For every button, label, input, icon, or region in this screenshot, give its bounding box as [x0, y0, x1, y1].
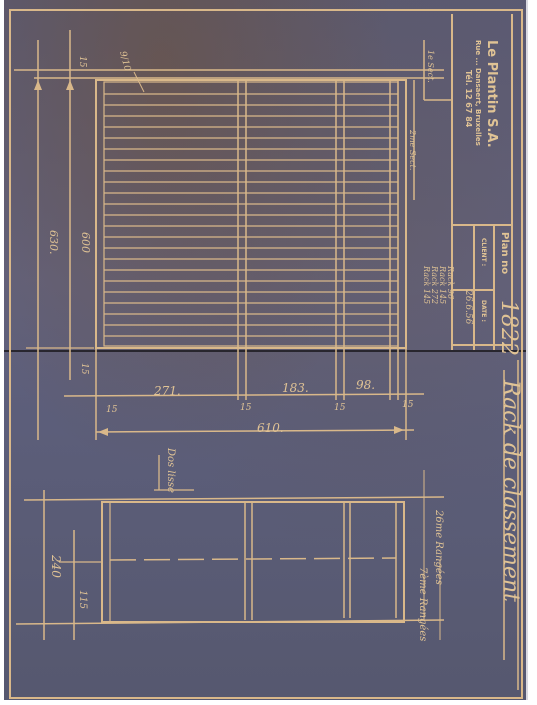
shelf-note-2: 7ème Rangées — [417, 567, 428, 641]
plan-label: Plan no — [499, 232, 510, 274]
overall-height-label: 630. — [47, 230, 60, 255]
rack-note-4: Rack 145 — [422, 265, 431, 304]
post-width-2: 15 — [240, 403, 252, 413]
overall-width-label: 610. — [257, 421, 284, 435]
technical-drawing: 630. 600 15 15 9/10 271. 183. 98. 15 15 … — [4, 0, 526, 700]
drawing-title: Rack de classement — [498, 379, 523, 602]
post-width-3: 15 — [334, 403, 346, 413]
bottom-margin-label: 15 — [79, 363, 89, 375]
side-note-2: 2me Sect. — [408, 129, 417, 170]
front-lower-label: 115 — [77, 590, 88, 609]
section-width-3: 98. — [356, 378, 375, 392]
front-height-label: 240 — [49, 554, 63, 578]
client-label: CLIENT : — [480, 238, 487, 266]
company-address: Rue ... Dansaert, Bruxelles — [474, 40, 482, 146]
side-note-1: 1e Sect. — [426, 50, 435, 83]
rack-note-2: Rack 145 — [438, 265, 447, 304]
company-phone: Tél. 12 67 84 — [464, 70, 474, 128]
company-name: Le Plantin S.A. — [484, 40, 499, 148]
angle-note-label: 9/10 — [117, 50, 132, 72]
post-width-1: 15 — [106, 405, 118, 415]
inner-height-label: 600 — [79, 232, 92, 253]
blueprint-sheet: 630. 600 15 15 9/10 271. 183. 98. 15 15 … — [4, 0, 528, 700]
section-width-2: 183. — [282, 381, 309, 395]
top-margin-label: 15 — [77, 56, 87, 68]
date-value: 26.6.56 — [463, 289, 473, 325]
shelf-note-1: 26me Rangées — [433, 509, 444, 585]
back-label: Dos lisse — [165, 447, 176, 493]
plan-number: 1822 — [496, 300, 521, 356]
section-width-1: 271. — [153, 384, 181, 398]
front-view — [14, 70, 444, 440]
date-label: DATE : — [480, 300, 487, 322]
shelf-lines — [104, 94, 398, 336]
width-dimensions — [64, 394, 424, 436]
side-view — [16, 455, 444, 640]
rack-note-3: Rack 96 — [446, 265, 455, 299]
post-width-4: 15 — [402, 400, 414, 410]
